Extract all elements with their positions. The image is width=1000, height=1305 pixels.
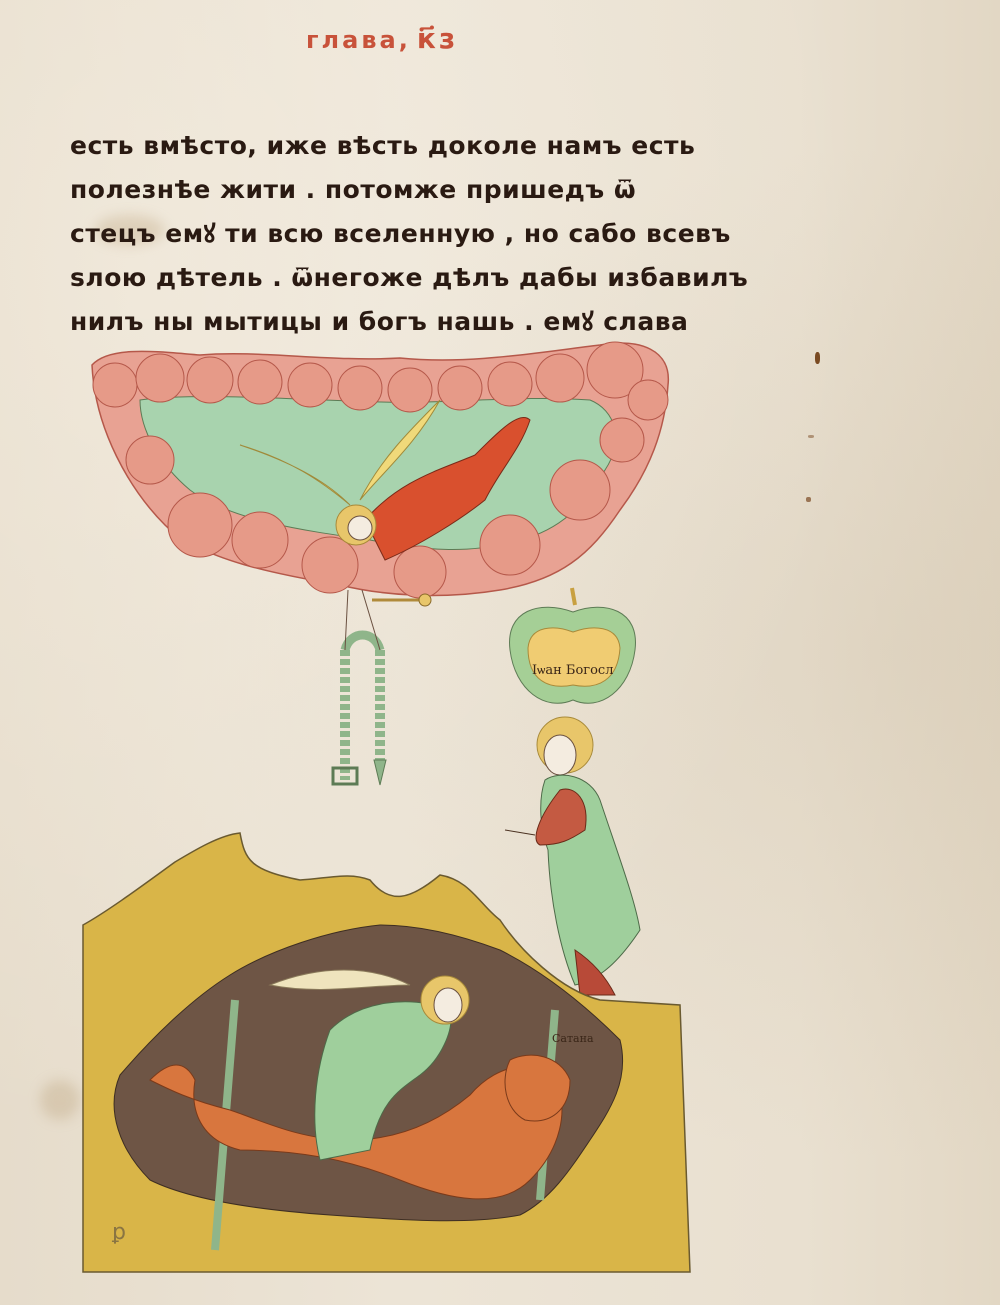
illustration-layer [0,0,1000,1305]
manuscript-page: глава,к҃з есть вмѣсто, иже вѣсть доколе … [0,0,1000,1305]
cloud-scene [92,342,668,785]
corner-mark: ꝑ [112,1220,126,1245]
medallion [510,588,636,703]
medallion-inscription: Іѡан Богосл [532,662,613,678]
dragon-label: Сатана [552,1032,594,1045]
